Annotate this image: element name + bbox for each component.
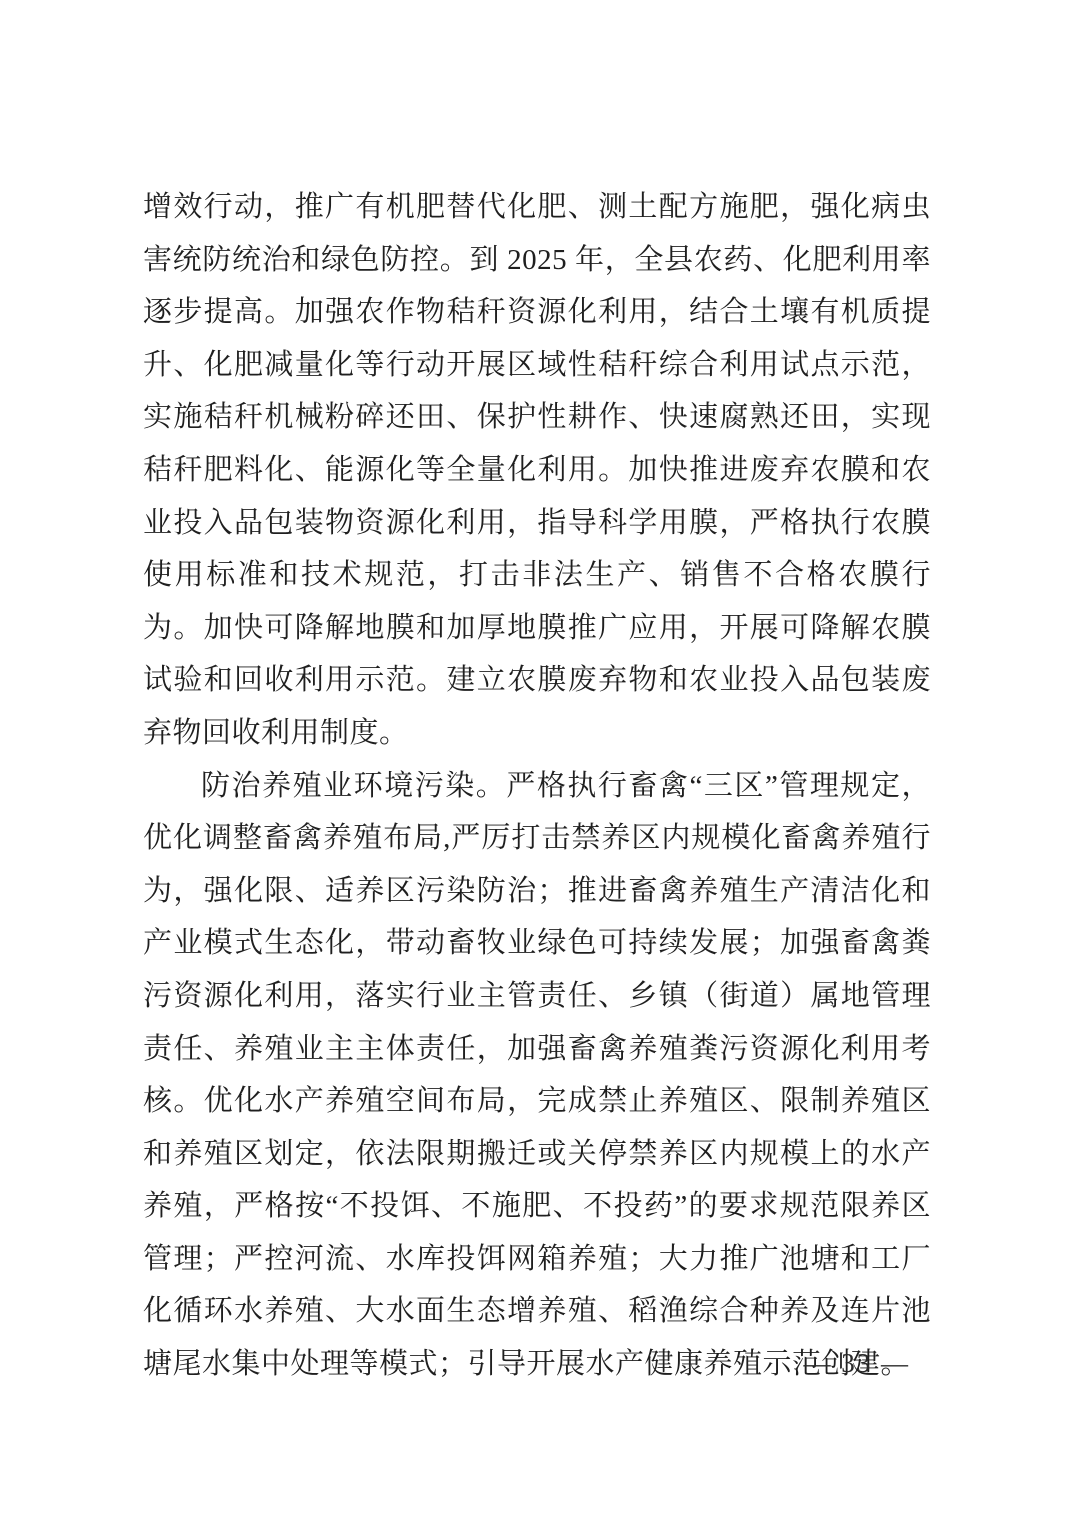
paragraph-aquaculture-pollution: 防治养殖业环境污染。严格执行畜禽“三区”管理规定，优化调整畜禽养殖布局,严厉打击…: [143, 760, 931, 1391]
document-page: 增效行动，推广有机肥替代化肥、测土配方施肥，强化病虫害统防统治和绿色防控。到 2…: [0, 0, 1074, 1520]
page-footer: — 33 —: [143, 1346, 910, 1380]
page-number: — 33 —: [804, 1348, 911, 1378]
paragraph-continuation: 增效行动，推广有机肥替代化肥、测土配方施肥，强化病虫害统防统治和绿色防控。到 2…: [143, 181, 931, 760]
document-body: 增效行动，推广有机肥替代化肥、测土配方施肥，强化病虫害统防统治和绿色防控。到 2…: [143, 181, 931, 1391]
